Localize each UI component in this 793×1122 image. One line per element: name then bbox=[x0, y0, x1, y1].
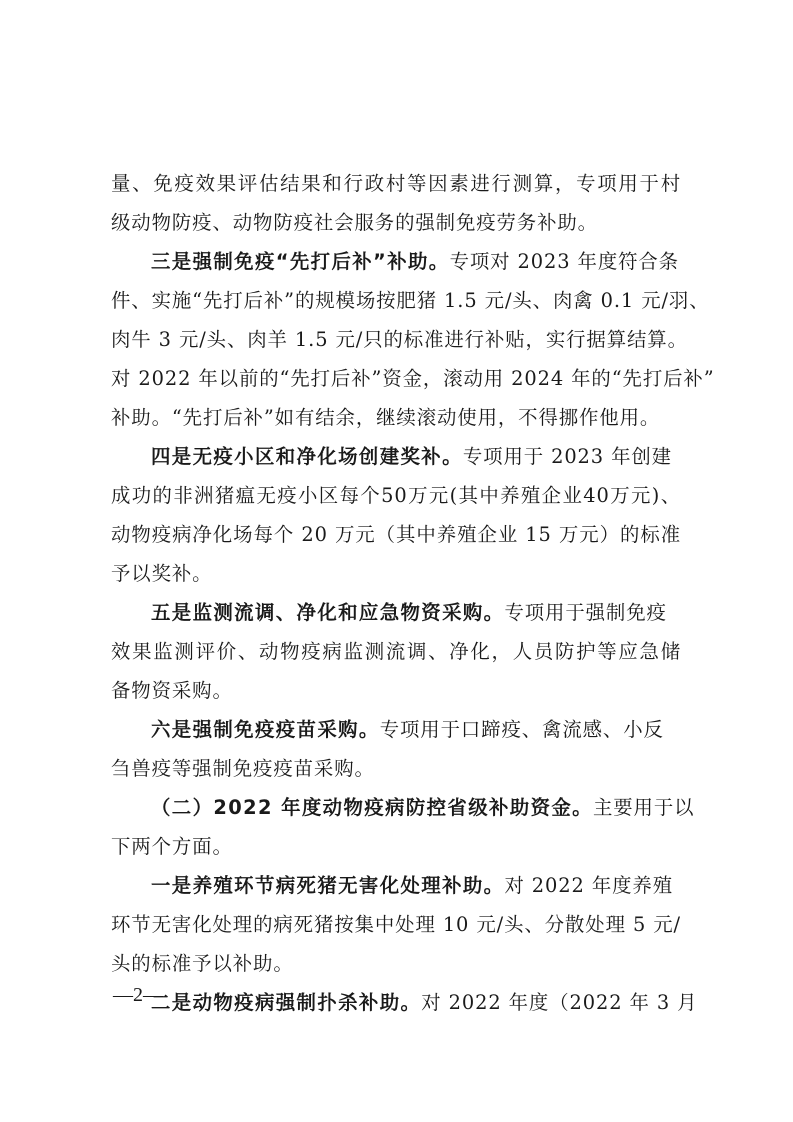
line-text: 件、实施“先打后补”的规模场按肥猪 1.5 元/头、肉禽 0.1 元/羽、 bbox=[111, 289, 710, 312]
section-heading-line: 六是强制免疫疫苗采购。专项用于口蹄疫、禽流感、小反 bbox=[111, 710, 681, 749]
line-text: 专项用于强制免疫 bbox=[504, 601, 666, 624]
section-heading-line: 四是无疫小区和净化场创建奖补。专项用于 2023 年创建 bbox=[111, 437, 681, 476]
line-text: 专项对 2023 年度符合条 bbox=[450, 250, 679, 273]
line-text: 主要用于以 bbox=[593, 796, 694, 819]
line-text: 备物资采购。 bbox=[111, 679, 233, 702]
line-text: 动物疫病净化场每个 20 万元（其中养殖企业 15 万元）的标准 bbox=[111, 523, 681, 546]
paragraph-line: 予以奖补。 bbox=[111, 554, 681, 593]
line-text: 头的标准予以补助。 bbox=[111, 952, 294, 975]
line-text: 下两个方面。 bbox=[111, 835, 233, 858]
paragraph-line: 级动物防疫、动物防疫社会服务的强制免疫劳务补助。 bbox=[111, 203, 681, 242]
line-text: 量、免疫效果评估结果和行政村等因素进行测算，专项用于村 bbox=[111, 172, 681, 195]
section-heading-line: 一是养殖环节病死猪无害化处理补助。对 2022 年度养殖 bbox=[111, 866, 681, 905]
line-text: 刍兽疫等强制免疫疫苗采购。 bbox=[111, 757, 375, 780]
paragraph-line: 环节无害化处理的病死猪按集中处理 10 元/头、分散处理 5 元/ bbox=[111, 905, 681, 944]
line-text: 级动物防疫、动物防疫社会服务的强制免疫劳务补助。 bbox=[111, 211, 598, 234]
line-text: 对 2022 年度（2022 年 3 月 bbox=[421, 991, 697, 1014]
paragraph-line: 件、实施“先打后补”的规模场按肥猪 1.5 元/头、肉禽 0.1 元/羽、 bbox=[111, 281, 681, 320]
line-text: 予以奖补。 bbox=[111, 562, 212, 585]
section-heading: 二是动物疫病强制扑杀补助。 bbox=[151, 991, 421, 1014]
paragraph-line: 刍兽疫等强制免疫疫苗采购。 bbox=[111, 749, 681, 788]
section-heading-line: （二）2022 年度动物疫病防控省级补助资金。主要用于以 bbox=[111, 788, 681, 827]
section-heading: 四是无疫小区和净化场创建奖补。 bbox=[151, 445, 463, 468]
section-heading: （二）2022 年度动物疫病防控省级补助资金。 bbox=[151, 796, 593, 819]
paragraph-line: 肉牛 3 元/头、肉羊 1.5 元/只的标准进行补贴，实行据算结算。 bbox=[111, 320, 681, 359]
line-text: 对 2022 年以前的“先打后补”资金，滚动用 2024 年的“先打后补” bbox=[111, 367, 715, 390]
paragraph-line: 备物资采购。 bbox=[111, 671, 681, 710]
line-text: 专项用于 2023 年创建 bbox=[463, 445, 672, 468]
section-heading: 三是强制免疫“先打后补”补助。 bbox=[151, 250, 450, 273]
section-heading-line: 三是强制免疫“先打后补”补助。专项对 2023 年度符合条 bbox=[111, 242, 681, 281]
line-text: 肉牛 3 元/头、肉羊 1.5 元/只的标准进行补贴，实行据算结算。 bbox=[111, 328, 688, 351]
section-heading: 五是监测流调、净化和应急物资采购。 bbox=[151, 601, 504, 624]
paragraph-line: 下两个方面。 bbox=[111, 827, 681, 866]
line-text: 专项用于口蹄疫、禽流感、小反 bbox=[380, 718, 664, 741]
line-text: 对 2022 年度养殖 bbox=[504, 874, 673, 897]
paragraph-line: 成功的非洲猪瘟无疫小区每个50万元(其中养殖企业40万元)、 bbox=[111, 476, 681, 515]
page-number: —2— bbox=[113, 984, 163, 1007]
paragraph-line: 量、免疫效果评估结果和行政村等因素进行测算，专项用于村 bbox=[111, 164, 681, 203]
document-body: 量、免疫效果评估结果和行政村等因素进行测算，专项用于村 级动物防疫、动物防疫社会… bbox=[111, 164, 681, 1022]
paragraph-line: 效果监测评价、动物疫病监测流调、净化，人员防护等应急储 bbox=[111, 632, 681, 671]
section-heading: 一是养殖环节病死猪无害化处理补助。 bbox=[151, 874, 504, 897]
paragraph-line: 头的标准予以补助。 bbox=[111, 944, 681, 983]
line-text: 效果监测评价、动物疫病监测流调、净化，人员防护等应急储 bbox=[111, 640, 681, 663]
section-heading-line: 五是监测流调、净化和应急物资采购。专项用于强制免疫 bbox=[111, 593, 681, 632]
section-heading-line: 二是动物疫病强制扑杀补助。对 2022 年度（2022 年 3 月 bbox=[111, 983, 681, 1022]
line-text: 环节无害化处理的病死猪按集中处理 10 元/头、分散处理 5 元/ bbox=[111, 913, 681, 936]
paragraph-line: 补助。“先打后补”如有结余，继续滚动使用，不得挪作他用。 bbox=[111, 398, 681, 437]
section-heading: 六是强制免疫疫苗采购。 bbox=[151, 718, 380, 741]
line-text: 补助。“先打后补”如有结余，继续滚动使用，不得挪作他用。 bbox=[111, 406, 660, 429]
line-text: 成功的非洲猪瘟无疫小区每个50万元(其中养殖企业40万元)、 bbox=[111, 484, 681, 507]
paragraph-line: 对 2022 年以前的“先打后补”资金，滚动用 2024 年的“先打后补” bbox=[111, 359, 681, 398]
paragraph-line: 动物疫病净化场每个 20 万元（其中养殖企业 15 万元）的标准 bbox=[111, 515, 681, 554]
